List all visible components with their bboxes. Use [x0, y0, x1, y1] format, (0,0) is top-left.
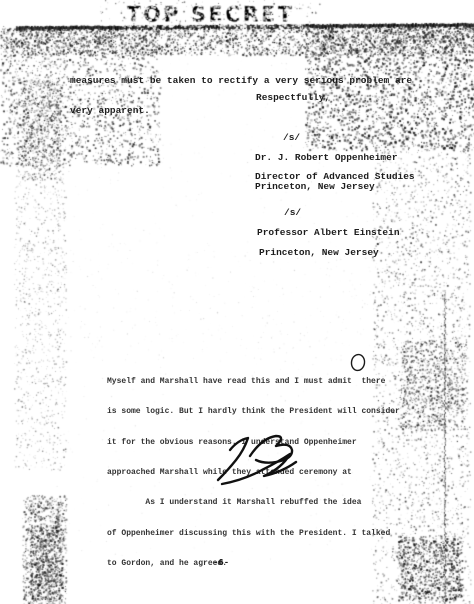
signature-mark-1: /s/	[283, 133, 300, 143]
salutation: Respectfully,	[256, 93, 330, 103]
handwritten-review-note: Myself and Marshall have read this and I…	[107, 357, 400, 589]
note-line: Myself and Marshall have read this and I…	[107, 377, 400, 387]
note-line: of Oppenheimer discussing this with the …	[107, 529, 400, 539]
page-number: -6-	[213, 558, 229, 568]
letter-body-paragraph: measures must be taken to rectify a very…	[70, 56, 412, 136]
note-line: is some logic. But I hardly think the Pr…	[107, 407, 400, 417]
top-secret-stamp: TOP SECRET	[127, 1, 295, 27]
note-line: As I understand it Marshall rebuffed the…	[107, 498, 400, 508]
signer-1-name: Dr. J. Robert Oppenheimer	[255, 153, 398, 163]
body-line: very apparent.	[70, 106, 412, 116]
note-line: to Gordon, and he agreed.	[107, 559, 400, 569]
signature-mark-2: /s/	[284, 208, 301, 218]
body-line: measures must be taken to rectify a very…	[70, 76, 412, 86]
signer-1-location: Princeton, New Jersey	[255, 182, 375, 192]
signer-2-location: Princeton, New Jersey	[259, 248, 379, 258]
signer-2-name: Professor Albert Einstein	[257, 228, 400, 238]
note-line: it for the obvious reasons. I understand…	[107, 438, 400, 448]
note-line: approached Marshall while they attended …	[107, 468, 400, 478]
scanned-letter-page: TOP SECRET measures must be taken to rec…	[0, 0, 474, 604]
